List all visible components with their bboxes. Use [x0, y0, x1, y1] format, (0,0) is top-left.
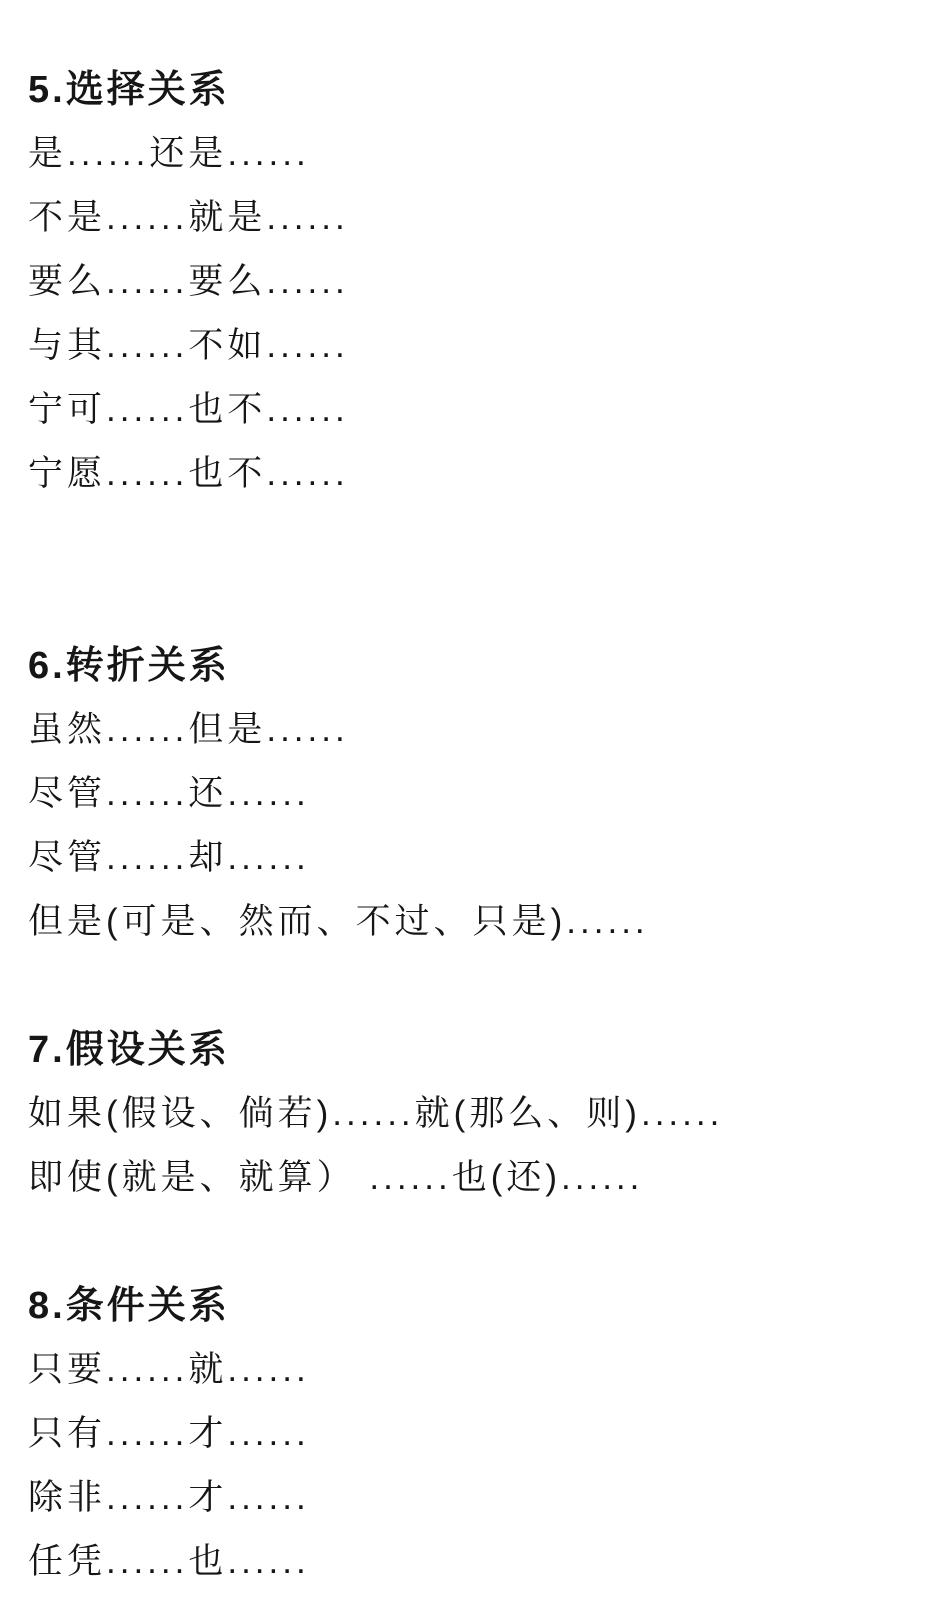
- pattern-line: 要么......要么......: [28, 250, 932, 314]
- section-heading: 5.选择关系: [28, 58, 932, 122]
- pattern-line: 尽管......却......: [28, 826, 932, 890]
- section-heading: 7.假设关系: [28, 1018, 932, 1082]
- section-gap: [28, 1210, 932, 1274]
- pattern-line: 但是(可是、然而、不过、只是)......: [28, 890, 932, 954]
- pattern-line: 只要......就......: [28, 1338, 932, 1402]
- pattern-line: 不是......就是......: [28, 186, 932, 250]
- section-choice-relation: 5.选择关系 是......还是...... 不是......就是...... …: [28, 58, 932, 506]
- pattern-line: 宁愿......也不......: [28, 442, 932, 506]
- section-heading: 6.转折关系: [28, 634, 932, 698]
- document-page: 5.选择关系 是......还是...... 不是......就是...... …: [0, 0, 952, 1622]
- pattern-line: 与其......不如......: [28, 314, 932, 378]
- pattern-line: 只有......才......: [28, 1402, 932, 1466]
- pattern-line: 宁可......也不......: [28, 378, 932, 442]
- section-heading: 8.条件关系: [28, 1274, 932, 1338]
- pattern-line: 尽管......还......: [28, 762, 932, 826]
- section-transition-relation: 6.转折关系 虽然......但是...... 尽管......还...... …: [28, 634, 932, 954]
- section-gap: [28, 954, 932, 1018]
- pattern-line: 即使(就是、就算） ......也(还)......: [28, 1146, 932, 1210]
- pattern-line: 是......还是......: [28, 122, 932, 186]
- section-condition-relation: 8.条件关系 只要......就...... 只有......才...... 除…: [28, 1274, 932, 1594]
- pattern-line: 任凭......也......: [28, 1530, 932, 1594]
- pattern-line: 除非......才......: [28, 1466, 932, 1530]
- section-gap: [28, 506, 932, 634]
- section-hypothesis-relation: 7.假设关系 如果(假设、倘若)......就(那么、则)...... 即使(就…: [28, 1018, 932, 1210]
- pattern-line: 如果(假设、倘若)......就(那么、则)......: [28, 1082, 932, 1146]
- pattern-line: 虽然......但是......: [28, 698, 932, 762]
